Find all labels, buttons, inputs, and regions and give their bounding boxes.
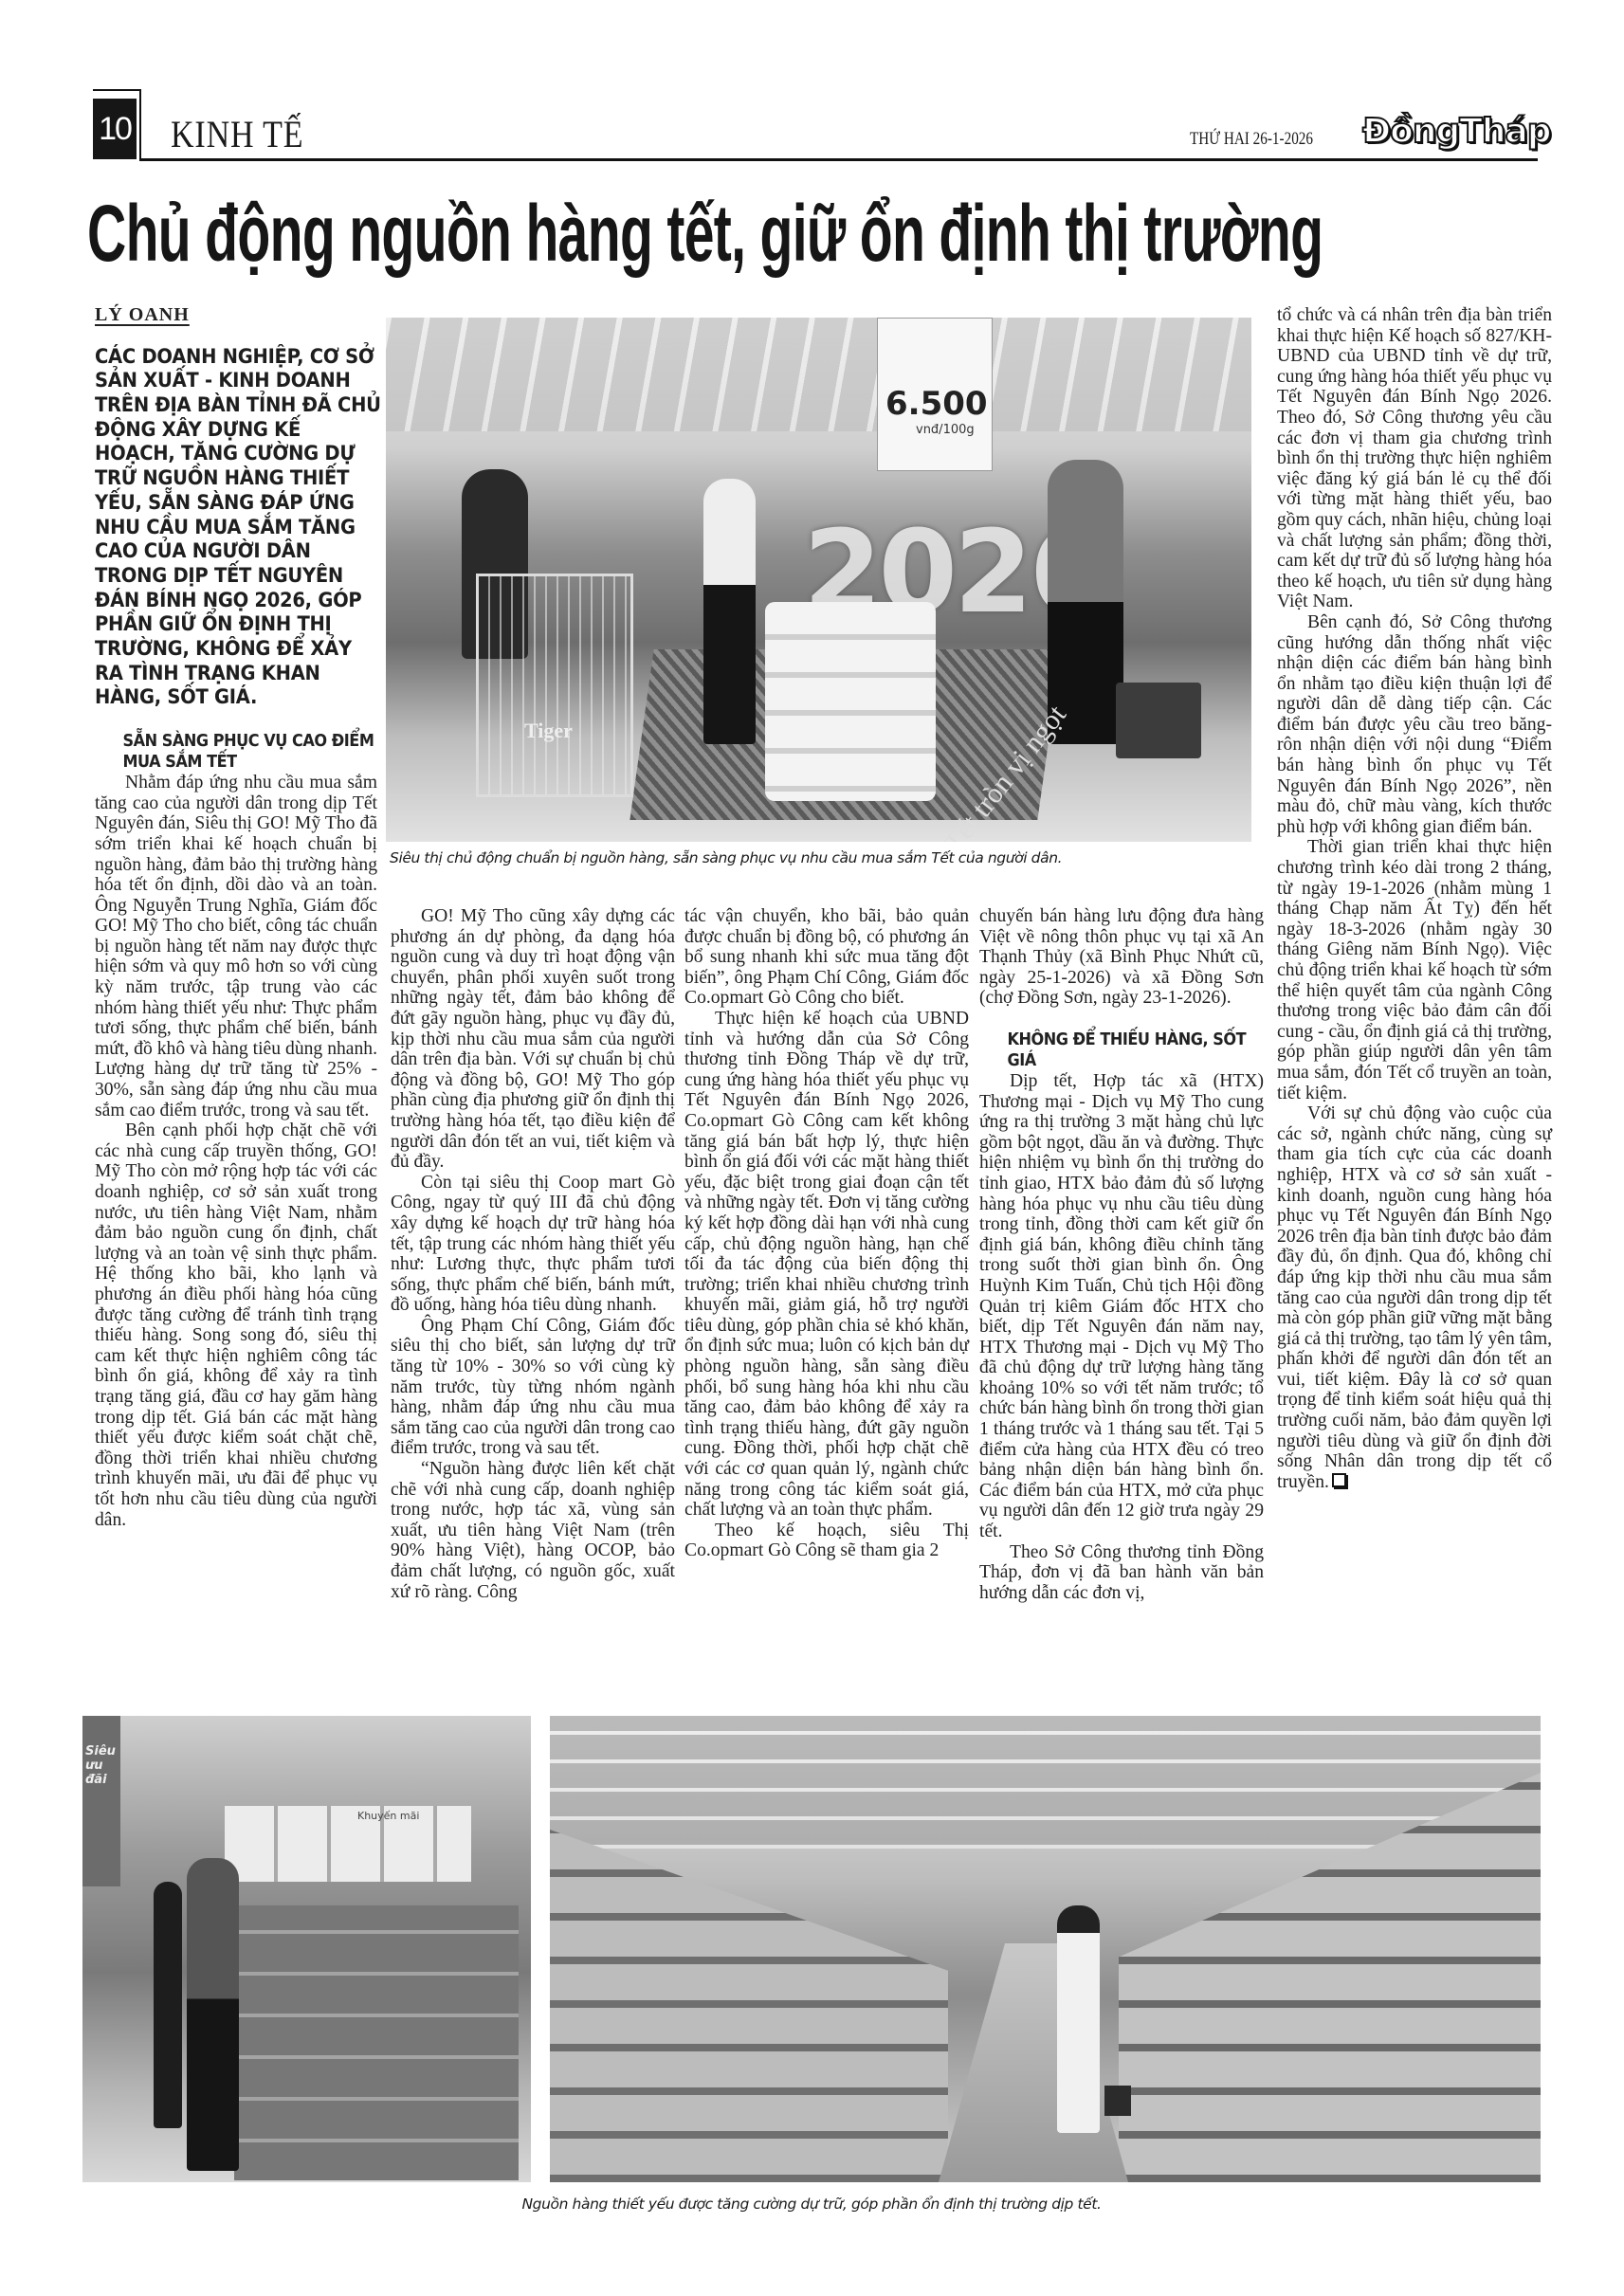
header-vertical-rule bbox=[139, 89, 141, 161]
lead-paragraph: CÁC DOANH NGHIỆP, CƠ SỞ SẢN XUẤT - KINH … bbox=[95, 345, 386, 711]
column-4: chuyến bán hàng lưu động đưa hàng Việt v… bbox=[979, 906, 1264, 1603]
final-paragraph-text: Với sự chủ động vào cuộc của các sở, ngà… bbox=[1277, 1103, 1552, 1492]
body-paragraph: Ông Phạm Chí Công, Giám đốc siêu thị cho… bbox=[391, 1316, 675, 1459]
section-title: KINH TẾ bbox=[171, 112, 303, 156]
white-product-rack bbox=[765, 602, 936, 801]
author-byline: LÝ OANH bbox=[95, 305, 377, 326]
column-2: GO! Mỹ Tho cũng xây dựng các phương án d… bbox=[391, 906, 675, 1602]
body-paragraph: Dịp tết, Hợp tác xã (HTX) Thương mại - D… bbox=[979, 1071, 1264, 1542]
shopping-basket bbox=[1116, 683, 1201, 758]
newspaper-logo: ĐồngTháp bbox=[1362, 112, 1551, 151]
shopping-cart: Tiger bbox=[476, 574, 633, 797]
header-top-rule bbox=[93, 89, 140, 91]
shopper-woman bbox=[703, 479, 756, 744]
bottom-photos-caption: Nguồn hàng thiết yếu được tăng cường dự … bbox=[82, 2196, 1541, 2213]
bottom-left-photo-gift-display: Siêu ưu đãi Khuyến mãi bbox=[82, 1716, 531, 2182]
body-paragraph: tổ chức và cá nhân trên địa bàn triển kh… bbox=[1277, 305, 1552, 612]
subhead-1: SẴN SÀNG PHỤC VỤ CAO ĐIỂM MUA SẮM TẾT bbox=[95, 731, 384, 773]
shopper-in-aisle bbox=[1057, 1905, 1100, 2133]
staff-member bbox=[187, 1858, 239, 2171]
ceiling-lights bbox=[386, 318, 1251, 431]
page-number: 10 bbox=[93, 99, 137, 159]
headline: Chủ động nguồn hàng tết, giữ ổn định thị… bbox=[87, 186, 1080, 281]
main-photo-supermarket: 6.500 vnđ/100g 2026 Tiger Tết tròn vị ng… bbox=[386, 318, 1251, 842]
subhead-2: KHÔNG ĐỂ THIẾU HÀNG, SỐT GIÁ bbox=[979, 1030, 1268, 1071]
promo-sign-label: Khuyến mãi bbox=[357, 1810, 419, 1822]
cart-brand-label: Tiger bbox=[524, 719, 573, 743]
body-paragraph: Nhằm đáp ứng nhu cầu mua sắm tăng cao củ… bbox=[95, 773, 377, 1121]
bottom-right-photo-aisle bbox=[550, 1716, 1541, 2182]
dateline: THỨ HAI 26-1-2026 bbox=[1190, 129, 1313, 150]
body-paragraph: Bên cạnh phối hợp chặt chẽ với các nhà c… bbox=[95, 1121, 377, 1530]
body-paragraph: Theo Sở Công thương tỉnh Đồng Tháp, đơn … bbox=[979, 1542, 1264, 1604]
promo-signs: Khuyến mãi bbox=[225, 1806, 471, 1882]
gift-box-stack bbox=[234, 1905, 519, 2180]
body-paragraph: Thời gian triển khai thực hiện chương tr… bbox=[1277, 837, 1552, 1103]
main-photo-caption: Siêu thị chủ động chuẩn bị nguồn hàng, s… bbox=[390, 849, 1252, 866]
promo-banner-text: Siêu ưu đãi bbox=[85, 1744, 118, 1787]
body-paragraph: tác vận chuyển, kho bãi, bảo quản được c… bbox=[684, 906, 969, 1009]
shopping-basket bbox=[1104, 2086, 1131, 2116]
shopper-man bbox=[1048, 460, 1123, 744]
end-of-article-icon bbox=[1332, 1473, 1346, 1487]
price-sign: 6.500 vnđ/100g bbox=[877, 318, 993, 471]
body-paragraph: “Nguồn hàng được liên kết chặt chẽ với n… bbox=[391, 1459, 675, 1602]
body-paragraph: GO! Mỹ Tho cũng xây dựng các phương án d… bbox=[391, 906, 675, 1173]
left-shelves bbox=[550, 1830, 948, 2182]
body-paragraph: Với sự chủ động vào cuộc của các sở, ngà… bbox=[1277, 1103, 1552, 1492]
body-paragraph: Còn tại siêu thị Coop mart Gò Công, ngay… bbox=[391, 1173, 675, 1316]
ceiling-lights bbox=[550, 1716, 1541, 1849]
promo-banner: Siêu ưu đãi bbox=[82, 1716, 120, 1886]
body-paragraph: chuyến bán hàng lưu động đưa hàng Việt v… bbox=[979, 906, 1264, 1009]
aisle-floor bbox=[939, 1943, 1128, 2182]
body-paragraph: Bên cạnh đó, Sở Công thương cũng hướng d… bbox=[1277, 612, 1552, 838]
body-paragraph: Theo kế hoạch, siêu Thị Co.opmart Gò Côn… bbox=[684, 1521, 969, 1561]
column-1: LÝ OANH CÁC DOANH NGHIỆP, CƠ SỞ SẢN XUẤT… bbox=[95, 305, 377, 1530]
price-sign-value: 6.500 bbox=[885, 385, 988, 423]
column-3: tác vận chuyển, kho bãi, bảo quản được c… bbox=[684, 906, 969, 1561]
price-sign-unit: vnđ/100g bbox=[916, 423, 975, 437]
shopper-woman-left bbox=[154, 1882, 182, 2128]
header-rule bbox=[139, 158, 1538, 161]
body-paragraph: Thực hiện kế hoạch của UBND tỉnh và hướn… bbox=[684, 1009, 969, 1521]
column-5: tổ chức và cá nhân trên địa bàn triển kh… bbox=[1277, 305, 1552, 1492]
